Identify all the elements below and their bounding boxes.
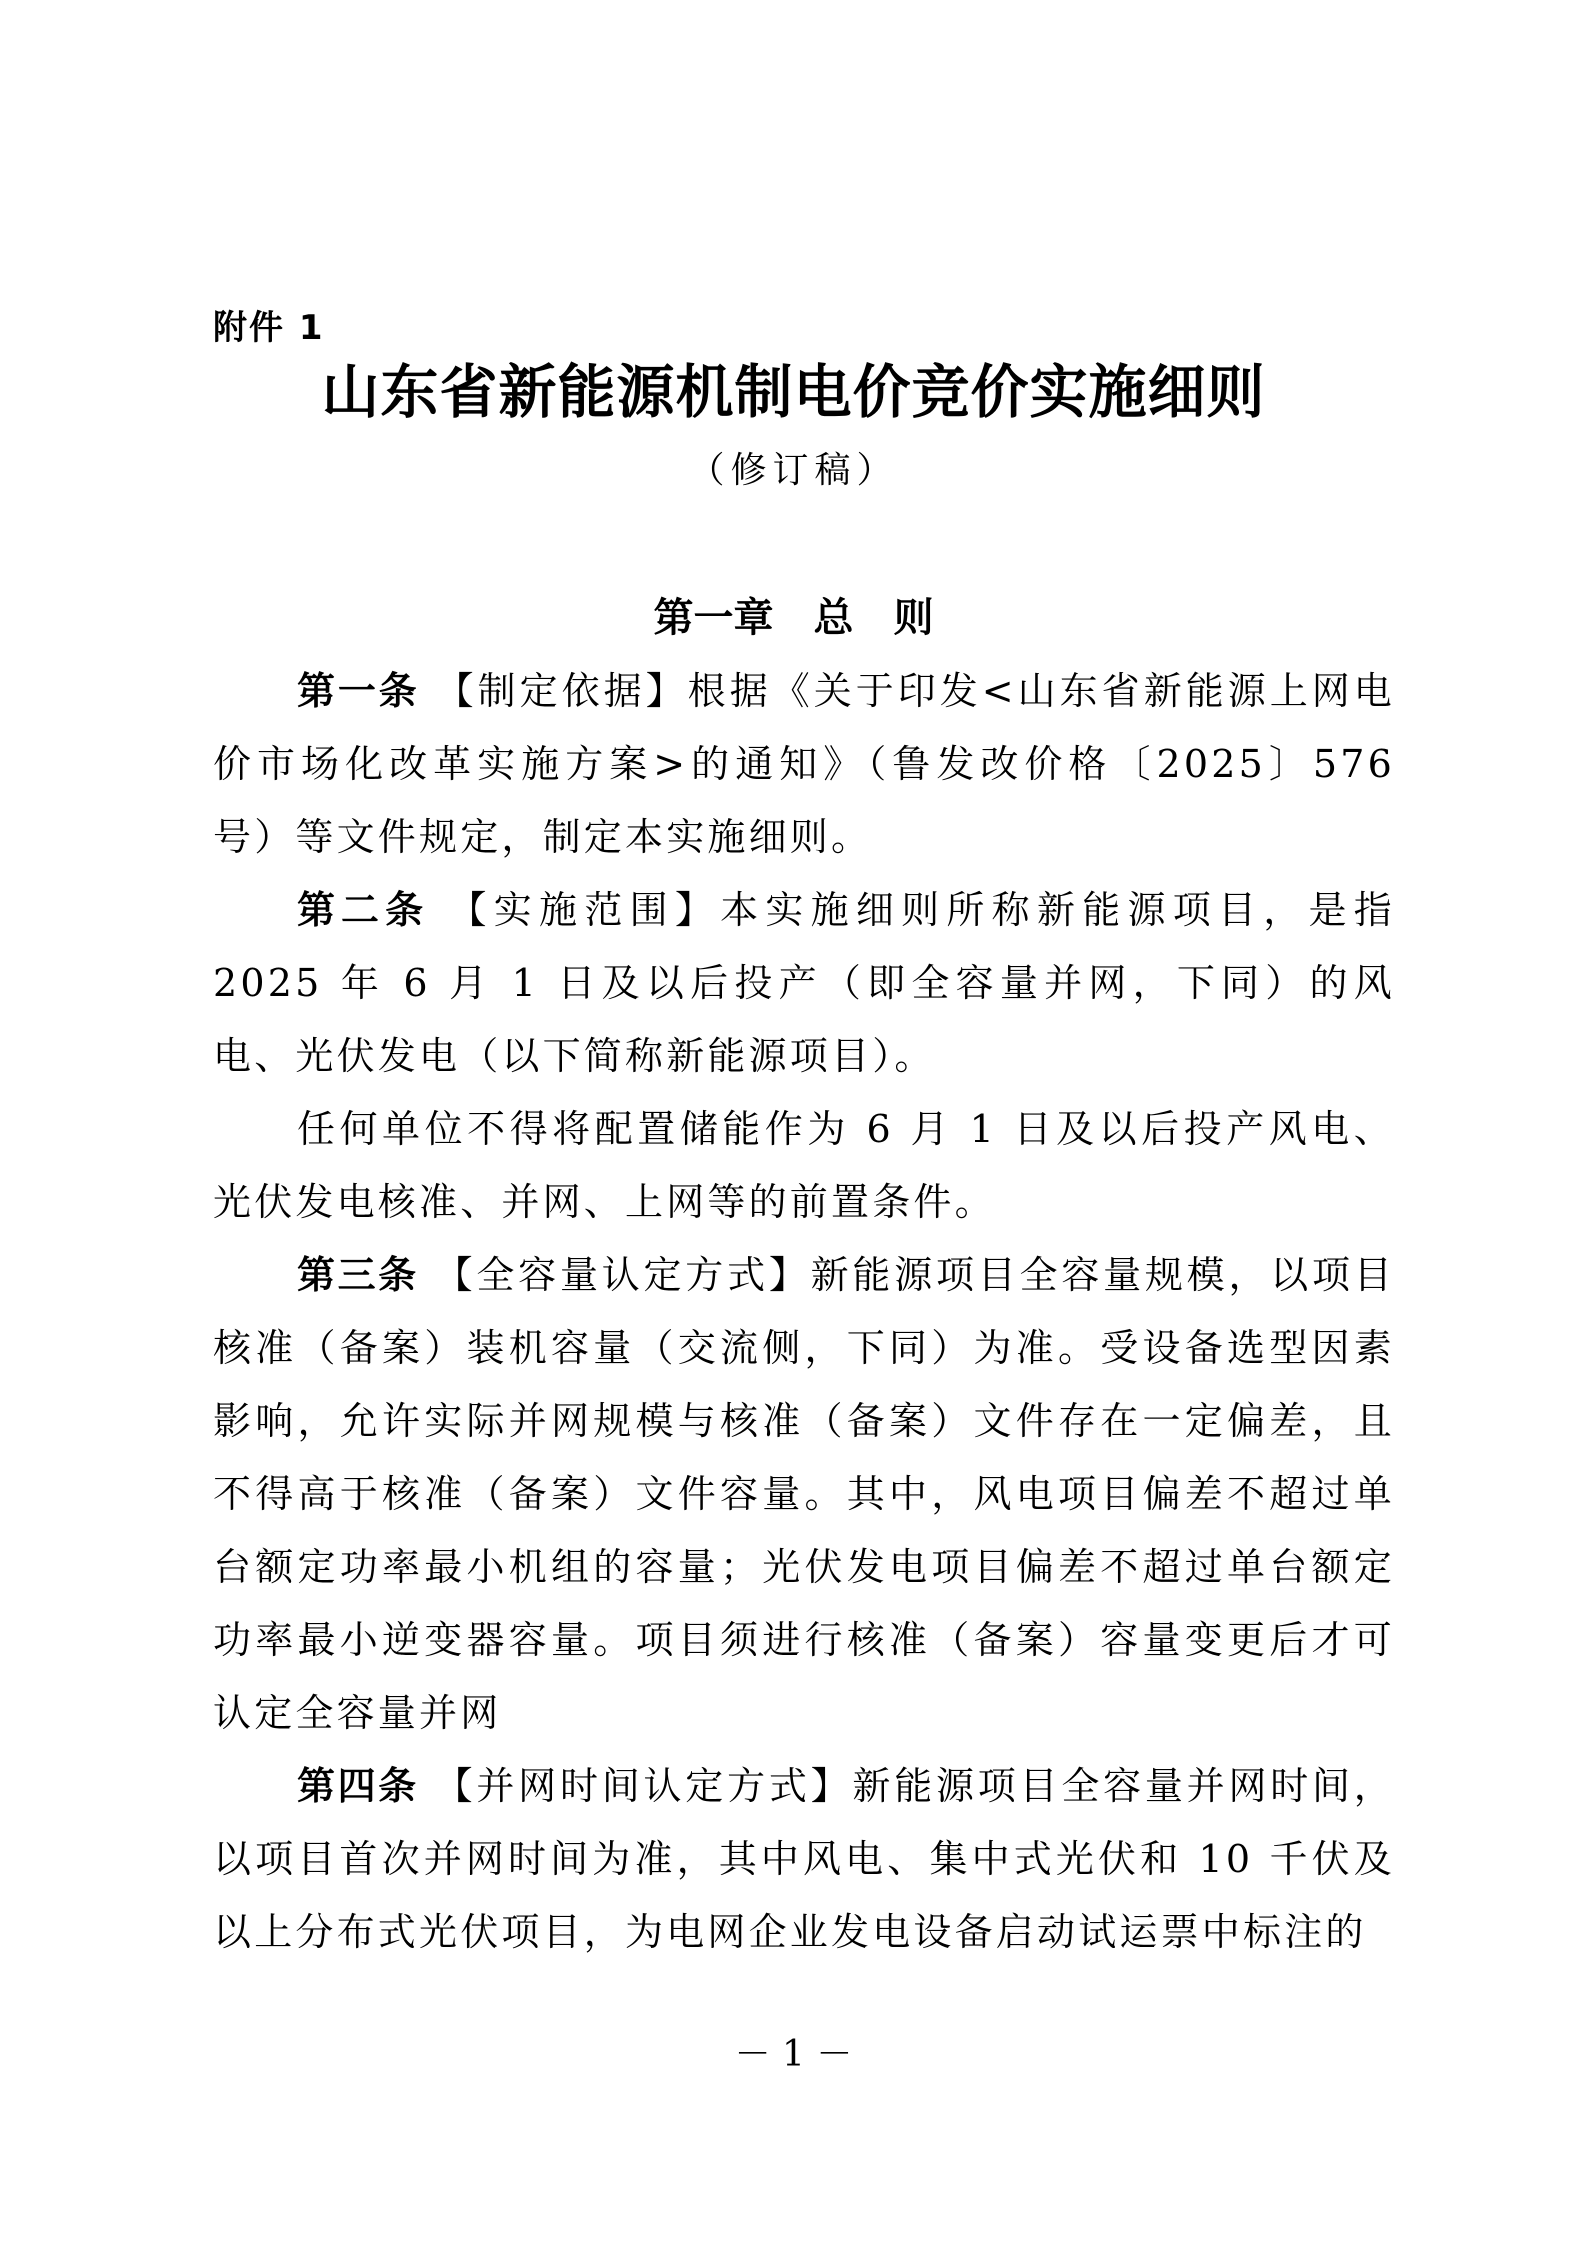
document-title: 山东省新能源机制电价竞价实施细则: [0, 352, 1587, 432]
article-topic: 【并网时间认定方式】: [435, 1764, 853, 1808]
article-2-paragraph-2: 任何单位不得将配置储能作为 6 月 1 日及以后投产风电、光伏发电核准、并网、上…: [213, 1093, 1395, 1239]
article-topic: 【全容量认定方式】: [435, 1253, 811, 1297]
article-number: 第二条: [297, 888, 429, 932]
article-2: 第二条 【实施范围】本实施细则所称新能源项目，是指 2025 年 6 月 1 日…: [213, 874, 1395, 1093]
article-text: 任何单位不得将配置储能作为 6 月 1 日及以后投产风电、光伏发电核准、并网、上…: [213, 1107, 1395, 1224]
article-text: 新能源项目全容量规模，以项目核准（备案）装机容量（交流侧，下同）为准。受设备选型…: [213, 1253, 1395, 1735]
document-subtitle: （修订稿）: [0, 446, 1587, 496]
article-number: 第四条: [297, 1764, 419, 1808]
document-page: 附件 1 山东省新能源机制电价竞价实施细则 （修订稿） 第一章 总 则 第一条 …: [0, 0, 1587, 2245]
article-number: 第一条: [297, 669, 419, 713]
article-1: 第一条 【制定依据】根据《关于印发<山东省新能源上网电价市场化改革实施方案>的通…: [213, 655, 1395, 874]
document-body: 第一条 【制定依据】根据《关于印发<山东省新能源上网电价市场化改革实施方案>的通…: [213, 655, 1395, 1969]
article-3: 第三条 【全容量认定方式】新能源项目全容量规模，以项目核准（备案）装机容量（交流…: [213, 1239, 1395, 1750]
attachment-label: 附件 1: [213, 300, 325, 349]
article-number: 第三条: [297, 1253, 419, 1297]
article-topic: 【实施范围】: [449, 888, 721, 932]
article-topic: 【制定依据】: [436, 669, 688, 713]
chapter-heading: 第一章 总 则: [0, 590, 1587, 646]
article-4: 第四条 【并网时间认定方式】新能源项目全容量并网时间，以项目首次并网时间为准，其…: [213, 1750, 1395, 1969]
page-number: － 1 －: [0, 2030, 1587, 2080]
